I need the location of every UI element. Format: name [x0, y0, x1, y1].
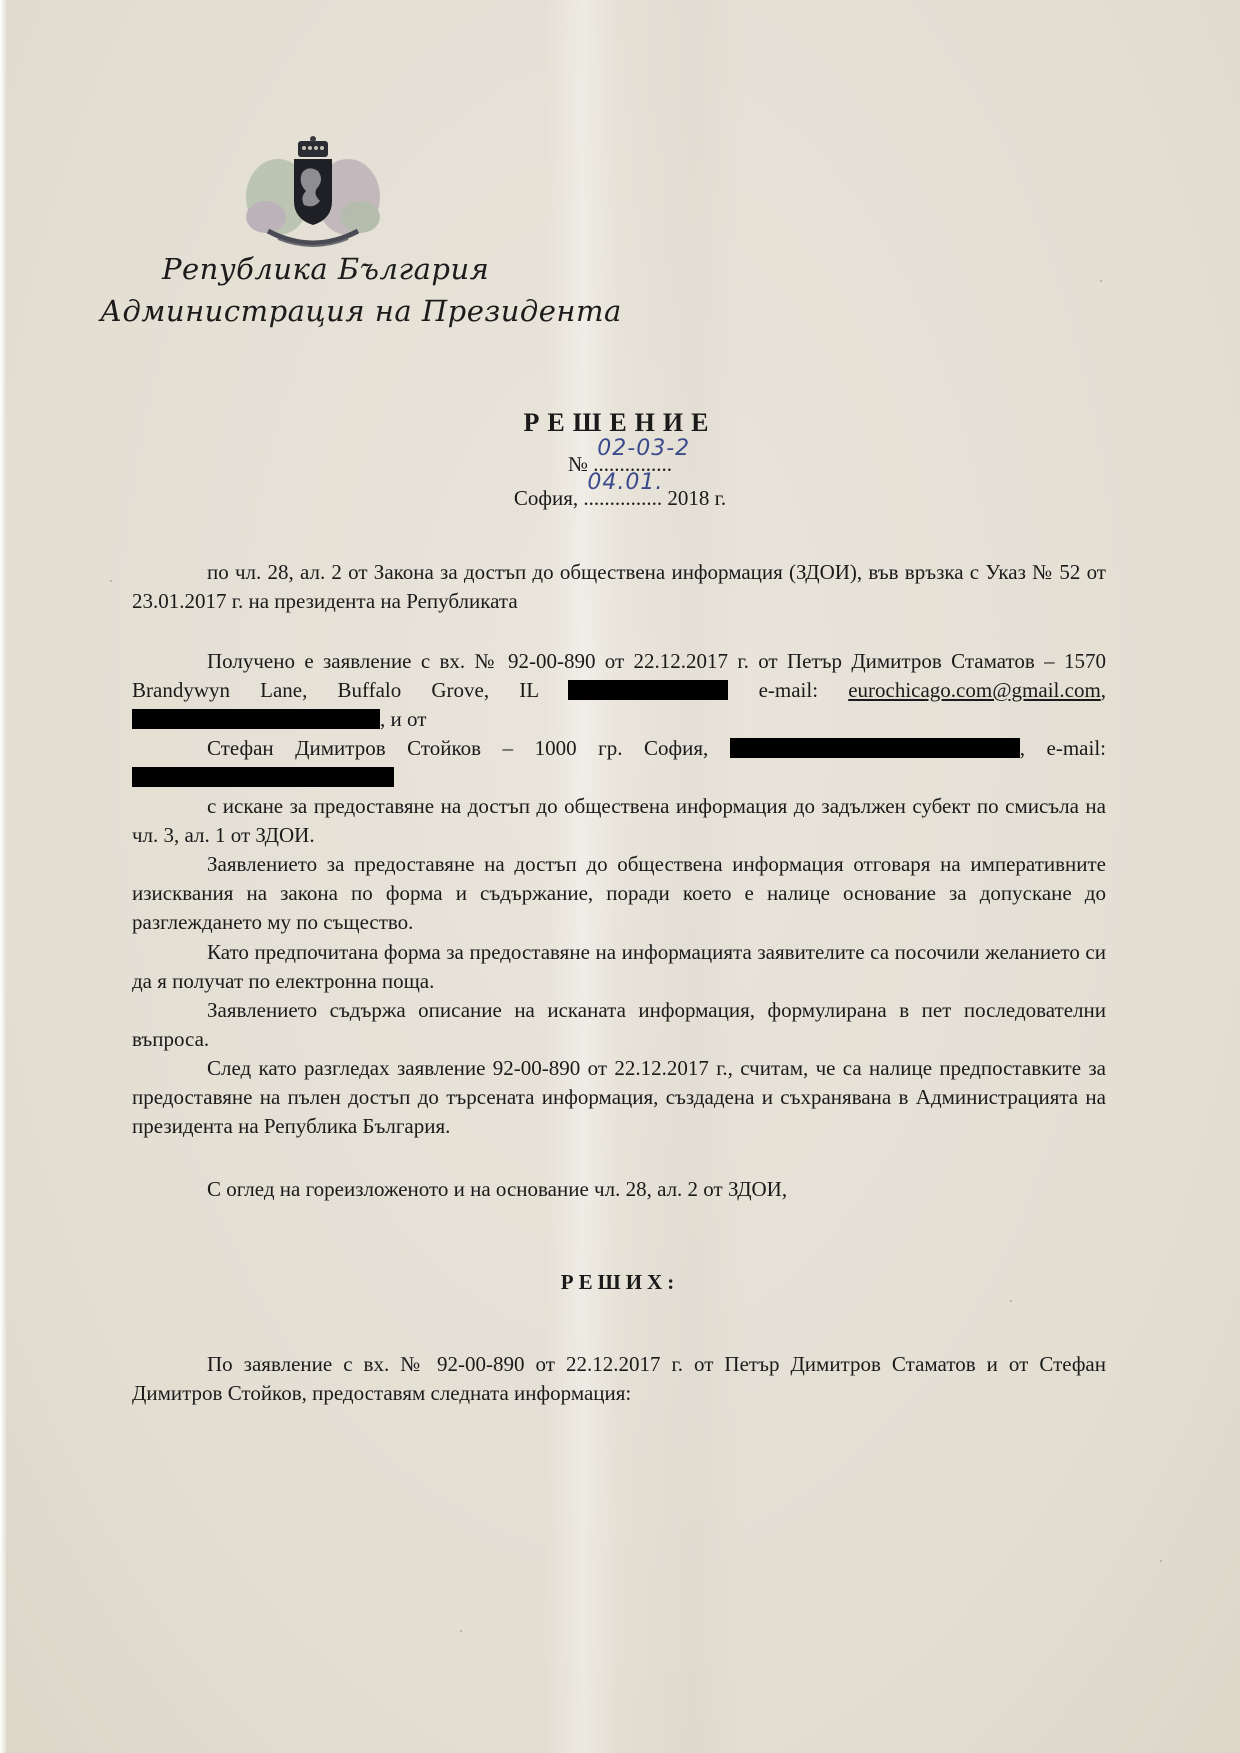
year: 2018 г.	[667, 486, 726, 510]
city: София,	[514, 486, 578, 510]
redacted-email-3	[132, 767, 394, 787]
conclusion-intro: С оглед на гореизложеното и на основание…	[132, 1175, 1106, 1204]
second-applicant-paragraph: Стефан Димитров Стойков – 1000 гр. София…	[132, 734, 1106, 792]
decision-text: По заявление с вх. № 92-00-890 от 22.12.…	[132, 1350, 1106, 1408]
scan-speck	[460, 1630, 462, 1632]
document-title: РЕШЕНИЕ	[0, 408, 1240, 438]
scan-speck	[110, 580, 112, 582]
letterhead-republic: Република България	[162, 252, 489, 286]
bulgaria-coat-of-arms-icon	[238, 135, 388, 255]
paragraph-review: След като разгледах заявление 92-00-890 …	[132, 1054, 1106, 1141]
email-link-1[interactable]: eurochicago.com@gmail.com	[848, 678, 1101, 702]
paragraph-questions: Заявлението съдържа описание на исканата…	[132, 996, 1106, 1054]
request-paragraph: Получено е заявление с вх. № 92-00-890 о…	[132, 647, 1106, 734]
letterhead-administration: Администрация на Президента	[100, 294, 622, 328]
handwritten-date: 04.01.	[587, 470, 663, 495]
scan-speck	[1100, 280, 1102, 282]
legal-basis: по чл. 28, ал. 2 от Закона за достъп до …	[132, 558, 1106, 616]
scan-speck	[260, 1360, 262, 1362]
scan-speck	[1160, 1560, 1162, 1562]
redacted-zip-country	[568, 680, 728, 700]
handwritten-number: 02-03-2	[597, 436, 690, 461]
decision-heading: РЕШИХ:	[0, 1270, 1240, 1295]
redacted-address	[730, 738, 1020, 758]
paragraph-preferred-form: Като предпочитана форма за предоставяне …	[132, 938, 1106, 996]
redacted-email-2	[132, 709, 380, 729]
date-field: ............... 04.01.	[583, 486, 662, 511]
decision-date-line: София, ............... 04.01. 2018 г.	[0, 486, 1240, 511]
paragraph-requirements: Заявлението за предоставяне на достъп до…	[132, 850, 1106, 937]
paragraph-request-subject: с искане за предоставяне на достъп до об…	[132, 792, 1106, 850]
number-sign: №	[568, 452, 588, 476]
scan-edge	[0, 0, 6, 1753]
scan-speck	[1010, 1300, 1012, 1302]
document-page: Република България Администрация на През…	[0, 0, 1240, 1753]
